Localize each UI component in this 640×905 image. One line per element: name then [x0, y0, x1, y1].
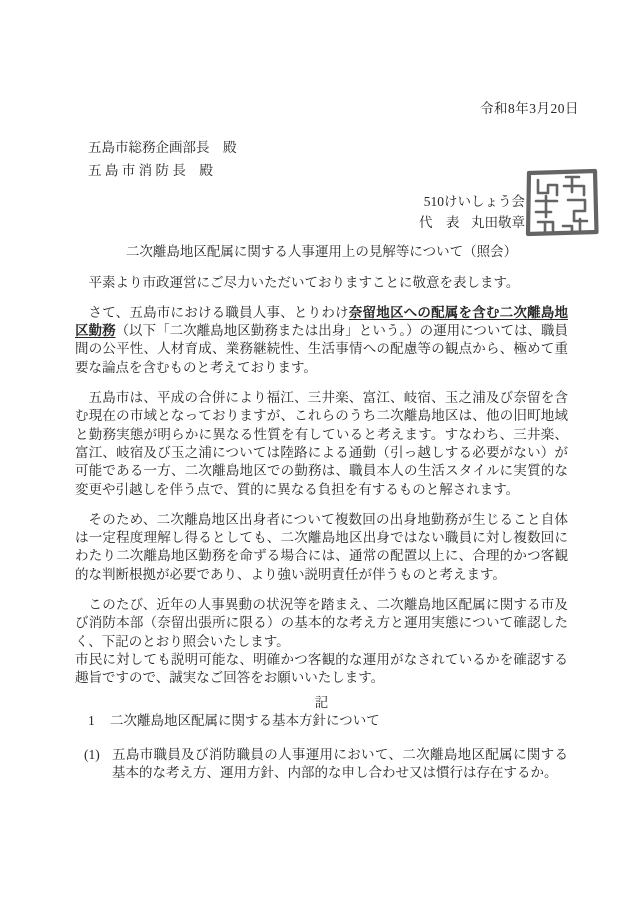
- letter-date: 令和8年3月20日: [75, 100, 579, 118]
- body-paragraph-1: さて、五島市における職員人事、とりわけ奈留地区への配属を含む二次離島地区勤務（以…: [75, 304, 568, 377]
- body-paragraph-3: そのため、二次離島地区出身者について複数回の出身地勤務が生じること自体は一定程度…: [75, 511, 568, 584]
- sender-representative: 代 表丸田敬章: [75, 212, 525, 233]
- paragraph-1-suffix: （以下「二次離島地区勤務または出身」という。）の運用については、職員間の公平性、…: [75, 323, 568, 375]
- representative-label: 代 表: [419, 215, 460, 230]
- section-heading-text: 二次離島地区配属に関する基本方針について: [110, 712, 380, 730]
- seal-stamp-icon: [524, 167, 600, 238]
- scanned-letter-page: 令和8年3月20日 五島市総務企画部長 殿 五 島 市 消 防 長 殿 510け…: [0, 0, 640, 905]
- section-number: 1: [88, 712, 110, 730]
- letter-title: 二次離島地区配属に関する人事運用上の見解等について（照会）: [75, 243, 568, 261]
- inquiry-item-1: (1) 五島市職員及び消防職員の人事運用において、二次離島地区配属に関する基本的…: [84, 746, 568, 783]
- inquiry-item-text: 五島市職員及び消防職員の人事運用において、二次離島地区配属に関する基本的な考え方…: [112, 746, 568, 783]
- recipient-line-fire-chief: 五 島 市 消 防 長 殿: [88, 160, 568, 183]
- recipient-block: 五島市総務企画部長 殿 五 島 市 消 防 長 殿: [88, 137, 568, 182]
- record-marker: 記: [75, 694, 568, 712]
- representative-name: 丸田敬章: [471, 215, 525, 230]
- body-paragraph-2: 五島市は、平成の合併により福江、三井楽、富江、岐宿、玉之浦及び奈留を含む現在の市…: [75, 389, 568, 499]
- body-paragraph-5: 市民に対しても説明可能な、明確かつ客観的な運用がなされているかを確認する趣旨です…: [75, 651, 568, 688]
- paragraph-1-prefix: さて、五島市における職員人事、とりわけ: [89, 305, 349, 320]
- recipient-line-general-affairs: 五島市総務企画部長 殿: [88, 137, 568, 160]
- body-paragraph-4: このたび、近年の人事異動の状況等を踏まえ、二次離島地区配属に関する市及び消防本部…: [75, 596, 568, 651]
- section-heading: 1 二次離島地区配属に関する基本方針について: [88, 712, 568, 730]
- sender-block: 510けいしょう会 代 表丸田敬章: [75, 191, 525, 233]
- greeting-paragraph: 平素より市政運営にご尽力いただいておりますことに敬意を表します。: [75, 274, 568, 292]
- sender-organization: 510けいしょう会: [75, 191, 525, 212]
- inquiry-item-number: (1): [84, 746, 112, 783]
